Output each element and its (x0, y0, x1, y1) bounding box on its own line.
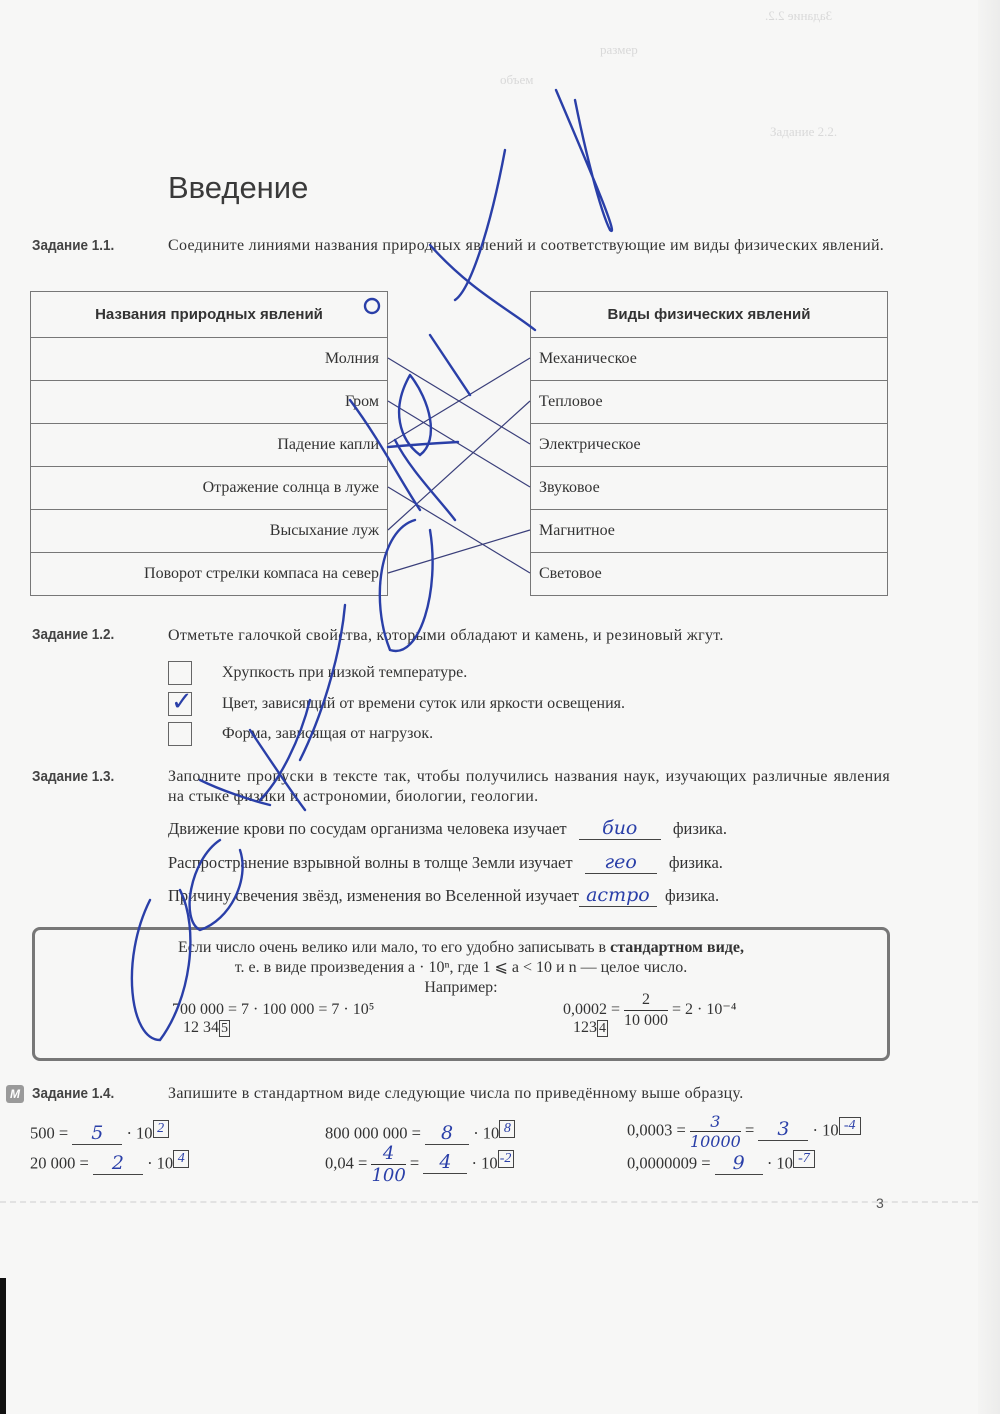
standard-form-item: 0,04 = 4100 = 4 · 10-2 (325, 1143, 514, 1186)
standard-form-item: 0,0000009 = 9 · 10-7 (627, 1150, 815, 1175)
example-label: Например: (35, 978, 887, 998)
checkbox-checked[interactable]: ✓ (168, 692, 192, 716)
fraction: 210 000 (624, 990, 668, 1031)
digit-count: 12 34 (183, 1019, 219, 1036)
exponent-box[interactable]: 4 (173, 1150, 189, 1168)
example-1-digit-count: 12 345 (183, 1018, 230, 1039)
fill-in-sentence: Распространение взрывной волны в толще З… (168, 851, 723, 874)
rule-text: Если число очень велико или мало, то его… (178, 939, 610, 956)
fill-in-sentence: Движение крови по сосудам организма чело… (168, 817, 727, 840)
exponent-box[interactable]: -7 (793, 1150, 815, 1168)
phenomenon-type-cell[interactable]: Световое (531, 553, 888, 596)
sentence-text: Распространение взрывной волны в толще З… (168, 853, 573, 872)
option-label: Цвет, зависящий от времени суток или ярк… (222, 695, 625, 713)
number: 0,0003 = (627, 1120, 686, 1139)
workbook-page: Задание 2.2. размер объем Задание 2.2. В… (0, 0, 1000, 1414)
checkbox-option[interactable]: Форма, зависящая от нагрузок. (168, 722, 433, 746)
phenomenon-cell[interactable]: Поворот стрелки компаса на север (31, 553, 388, 596)
page-edge-shadow (978, 0, 1000, 1414)
natural-phenomena-table: Названия природных явлений Молния Гром П… (30, 291, 388, 596)
numerator[interactable]: 4 (371, 1143, 405, 1165)
phenomenon-cell[interactable]: Отражение солнца в луже (31, 467, 388, 510)
phenomenon-type-cell[interactable]: Звуковое (531, 467, 888, 510)
bleed-through-text: объем (500, 72, 534, 88)
fill-in-sentence: Причину свечения звёзд, изменения во Все… (168, 884, 719, 907)
example-2-digit-count: 1234 (573, 1018, 608, 1039)
example-text: 0,0002 = (563, 1001, 620, 1018)
standard-form-item: 500 = 5 · 102 (30, 1120, 169, 1145)
match-line (388, 401, 530, 530)
denominator[interactable]: 10000 (690, 1132, 741, 1151)
mantissa-blank[interactable]: 4 (423, 1151, 467, 1174)
example-1: 700 000 = 7 · 100 000 = 7 · 10⁵ (172, 1000, 374, 1020)
sentence-text: физика. (673, 819, 727, 838)
examples: 700 000 = 7 · 100 000 = 7 · 10⁵ 12 345 0… (35, 998, 887, 1058)
sentence-text: физика. (665, 886, 719, 905)
column-header: Виды физических явлений (531, 292, 888, 338)
answer-blank[interactable]: гео (585, 851, 657, 874)
times-ten: · 10 (471, 1153, 497, 1172)
standard-form-item: 20 000 = 2 · 104 (30, 1150, 189, 1175)
phenomenon-cell[interactable]: Гром (31, 381, 388, 424)
section-title: Введение (168, 170, 308, 206)
phenomenon-cell[interactable]: Высыхание луж (31, 510, 388, 553)
option-label: Хрупкость при низкой температуре. (222, 664, 467, 682)
rule-text-bold: стандартном виде, (610, 939, 744, 956)
page-number: 3 (876, 1195, 884, 1211)
sentence-text: Движение крови по сосудам организма чело… (168, 819, 567, 838)
boxed-digit: 5 (219, 1020, 230, 1037)
example-text: = 2 · 10⁻⁴ (672, 1001, 736, 1018)
mantissa-blank[interactable]: 9 (715, 1152, 763, 1175)
exponent-box[interactable]: -2 (498, 1150, 514, 1168)
standard-form-item: 0,0003 = 310000 = 3 · 10-4 (627, 1112, 861, 1151)
mantissa-blank[interactable]: 3 (758, 1118, 808, 1141)
numerator: 2 (624, 990, 668, 1011)
fraction: 4100 (371, 1143, 405, 1186)
boxed-digit: 4 (597, 1020, 608, 1037)
standard-form-rule-box: Если число очень велико или мало, то его… (32, 927, 890, 1061)
checkbox-option[interactable]: ✓ Цвет, зависящий от времени суток или я… (168, 692, 625, 716)
task-label: Задание 1.1. (32, 237, 114, 254)
numerator[interactable]: 3 (690, 1112, 741, 1132)
phenomenon-type-cell[interactable]: Тепловое (531, 381, 888, 424)
math-badge-icon: M (6, 1085, 24, 1103)
matching-lines (388, 358, 530, 573)
bleed-through-text: Задание 2.2. (770, 124, 837, 140)
phenomenon-type-cell[interactable]: Электрическое (531, 424, 888, 467)
task-label: Задание 1.3. (32, 768, 114, 785)
match-line (388, 530, 530, 573)
checkbox[interactable] (168, 661, 192, 685)
denominator[interactable]: 100 (371, 1165, 405, 1186)
bleed-through-text: Задание 2.2. (765, 8, 832, 24)
sentence-text: физика. (669, 853, 723, 872)
answer-blank[interactable]: био (579, 817, 661, 840)
task-instruction: Запишите в стандартном виде следующие чи… (168, 1084, 890, 1104)
match-line (388, 401, 530, 487)
task-instruction: Заполните пропуски в тексте так, чтобы п… (168, 767, 890, 807)
phenomenon-cell[interactable]: Падение капли (31, 424, 388, 467)
mantissa-blank[interactable]: 5 (72, 1122, 122, 1145)
standard-form-item: 800 000 000 = 8 · 108 (325, 1120, 515, 1145)
match-line (388, 487, 530, 573)
checkbox-option[interactable]: Хрупкость при низкой температуре. (168, 661, 467, 685)
phenomenon-cell[interactable]: Молния (31, 338, 388, 381)
check-mark-icon: ✓ (171, 687, 193, 717)
match-line (388, 358, 530, 444)
sentence-text: Причину свечения звёзд, изменения во Все… (168, 886, 579, 905)
mantissa-blank[interactable]: 2 (93, 1152, 143, 1175)
exponent-box[interactable]: 8 (499, 1120, 515, 1138)
mantissa-blank[interactable]: 8 (425, 1122, 469, 1145)
phenomenon-type-cell[interactable]: Механическое (531, 338, 888, 381)
physical-phenomena-table: Виды физических явлений Механическое Теп… (530, 291, 888, 596)
exponent-box[interactable]: 2 (153, 1120, 169, 1138)
times-ten: · 10 (126, 1124, 152, 1143)
number: 500 = (30, 1124, 68, 1143)
digit-count: 123 (573, 1019, 597, 1036)
fraction: 310000 (690, 1112, 741, 1151)
denominator: 10 000 (624, 1011, 668, 1031)
times-ten: · 10 (767, 1154, 793, 1173)
scan-edge (0, 1278, 6, 1414)
times-ten: · 10 (147, 1154, 173, 1173)
task-label: Задание 1.2. (32, 626, 114, 643)
number: 20 000 = (30, 1154, 89, 1173)
match-line (388, 358, 530, 444)
phenomenon-type-cell[interactable]: Магнитное (531, 510, 888, 553)
times-ten: · 10 (473, 1124, 499, 1143)
column-header: Названия природных явлений (31, 292, 388, 338)
rule-line-1: Если число очень велико или мало, то его… (35, 938, 887, 958)
checkbox[interactable] (168, 722, 192, 746)
exponent-box[interactable]: -4 (839, 1117, 861, 1135)
number: 0,0000009 = (627, 1154, 711, 1173)
bleed-through-text: размер (600, 42, 638, 58)
task-instruction: Соедините линиями названия природных явл… (168, 236, 890, 256)
task-label: Задание 1.4. (32, 1085, 114, 1102)
number: 800 000 000 = (325, 1124, 421, 1143)
option-label: Форма, зависящая от нагрузок. (222, 725, 433, 743)
times-ten: · 10 (813, 1120, 839, 1139)
page-footer-divider (0, 1201, 978, 1203)
number: 0,04 = (325, 1153, 367, 1172)
rule-line-2: т. е. в виде произведения a · 10ⁿ, где 1… (35, 958, 887, 978)
answer-blank[interactable]: астро (579, 884, 657, 907)
task-instruction: Отметьте галочкой свойства, которыми обл… (168, 626, 890, 646)
